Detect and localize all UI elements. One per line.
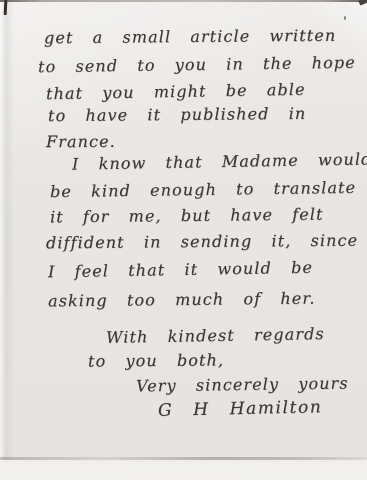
scan-top-edge-line [0,0,367,2]
scan-speck [344,16,346,20]
signoff-line: Very sincerely yours [136,374,349,396]
handwriting-line: France. [46,132,116,151]
paper-corner-crease [297,0,367,90]
handwriting-line: get a small article written [44,26,336,48]
handwriting-line: diffident in sending it, since [46,231,358,253]
handwriting-line: to have it published in [48,104,306,125]
closing-line: to you both, [88,350,224,370]
handwriting-line: it for me, but have felt [50,205,324,227]
scanned-letter-page: get a small article written to send to y… [0,0,367,480]
handwriting-line: asking too much of her. [48,289,316,311]
scan-background-bottom [0,460,367,480]
closing-line: With kindest regards [106,324,325,347]
signature: G H Hamilton [158,397,323,420]
paper-left-edge-shading [0,0,14,461]
